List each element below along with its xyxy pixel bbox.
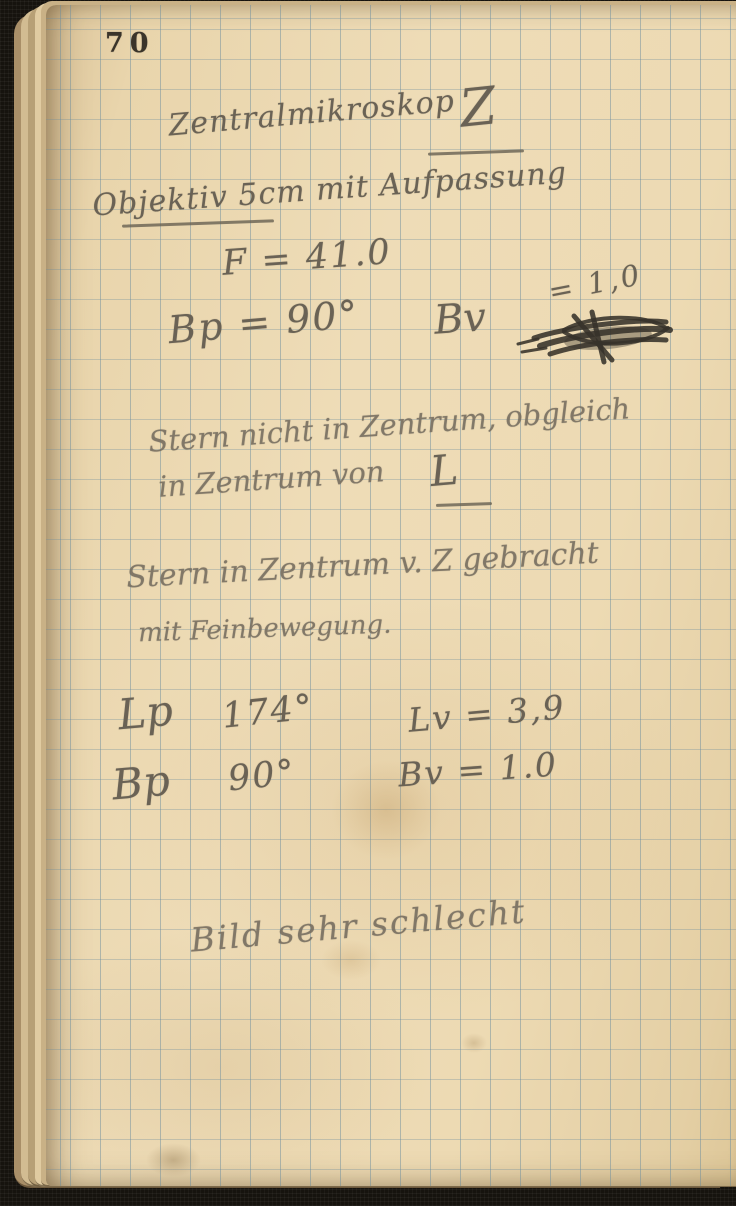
page-number: 70 (105, 28, 155, 59)
handwriting-bp2-value: 90° (226, 753, 298, 800)
handwriting-title-mark: Z (457, 76, 499, 139)
handwriting-bp2-label: Bp (110, 756, 172, 810)
handwriting-bv-label: Bv (432, 294, 487, 344)
handwriting-note1-mark: L (428, 445, 460, 496)
crossed-out-scribble (516, 302, 676, 368)
paper-stain (461, 1033, 487, 1053)
notebook-scan: 70 Zentralmikroskop Z Objektiv 5cm mit A… (0, 0, 736, 1206)
handwriting-lp-label: Lp (116, 686, 175, 740)
paper-stain (146, 1143, 201, 1177)
